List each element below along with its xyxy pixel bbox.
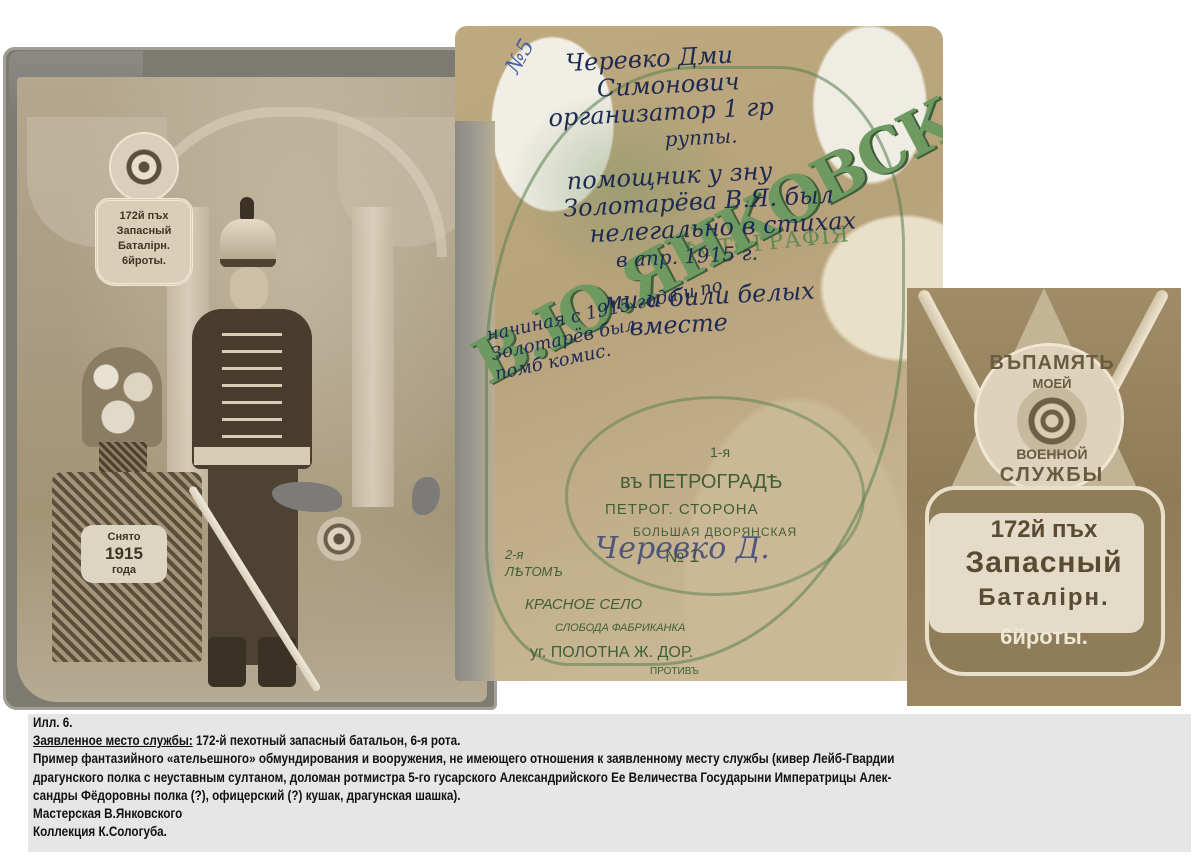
badge-line: Баталiрн. [98,239,190,254]
badge-text-line: Баталiрн. [907,584,1181,612]
collection-credit: Коллекция К.Сологуба. [33,823,1029,841]
badge-plate: 172й пъх Запасный Баталiрн. 6йроты. [95,198,193,286]
badge-line: 6йроты. [98,254,190,269]
service-line: Заявленное место службы: 172-й пехотный … [33,732,1029,750]
service-value: 172-й пехотный запасный батальон, 6-я ро… [193,733,461,748]
badge-text-line: 172й пъх [907,516,1181,544]
date-sign-top: Снято [81,530,167,545]
service-label: Заявленное место службы: [33,733,193,748]
disc-text: ВЪПАМЯТЬ [977,352,1127,375]
photo-back-studio-imprint: №5 ФОТОГРАФIЯ В.Ю.ЯНКОВСКАГО 1-я въ ПЕТР… [455,26,943,681]
address-sloboda: СЛОБОДА ФАБРИКАНКА [555,622,685,634]
badge-line: 172й пъх [98,209,190,224]
target-disc: ВЪПАМЯТЬ МОЕЙ ВОЕННОЙ СЛУЖБЫ [974,343,1124,493]
officer-sash [194,447,310,465]
date-sign-bottom: года [81,563,167,578]
target-emblem-icon [109,132,179,202]
address-district: ПЕТРОГ. СТОРОНА [605,501,759,518]
date-sign-year: 1915 [81,545,167,563]
badge-text-line: 6йроты. [907,624,1181,650]
address-corner: уг. ПОЛОТНА Ж. ДОР. [530,644,693,662]
commemorative-badge: 172й пъх Запасный Баталiрн. 6йроты. [95,132,193,292]
description-line: сандры Фёдоровны полка (?), офицерский (… [33,787,1029,805]
dolman-jacket [192,309,312,469]
portrait-image: 172й пъх Запасный Баталiрн. 6йроты. Снят… [17,77,487,702]
address-village: КРАСНОЕ СЕЛО [525,596,642,613]
flower-bouquet [82,347,162,447]
soldier-face [230,267,268,311]
trophy-target-icon [317,517,361,561]
address-summer: 2-я ЛѢТОМЪ [505,546,563,580]
handwritten-signature: Черевко Д. [595,531,770,566]
address-branch: 1-я [710,444,730,460]
address-regiment: ПАВЛОВСКАГО ПОЛКА. [565,680,719,681]
soldier-figure [182,197,322,697]
description-line: Пример фантазийного «ательешного» обмунд… [33,750,1029,768]
photo-damage-tear [412,477,440,515]
description-line: драгунского полка с неуставным султаном,… [33,769,1029,787]
photo-front-soldier-portrait: 172й пъх Запасный Баталiрн. 6йроты. Снят… [3,47,497,710]
disc-text: ВОЕННОЙ [977,446,1127,462]
date-sign: Снято 1915 года [81,525,167,583]
boot [208,637,246,687]
figure-number: Илл. 6. [33,714,1029,732]
studio-credit: Мастерская В.Янковского [33,805,1029,823]
disc-text: МОЕЙ [977,376,1127,391]
backdrop-pillar [352,207,394,507]
badge-line: Запасный [98,224,190,239]
shako-hat [220,219,276,267]
disc-text: СЛУЖБЫ [977,464,1127,487]
badge-text-line: Запасный [907,546,1181,580]
address-city: въ ПЕТРОГРАДѢ [620,471,782,494]
figure-caption: Илл. 6. Заявленное место службы: 172-й п… [28,714,1191,852]
badge-closeup-inset: ВЪПАМЯТЬ МОЕЙ ВОЕННОЙ СЛУЖБЫ 172й пъх За… [907,288,1181,706]
address-opposite: ПРОТИВЪ [650,666,699,677]
